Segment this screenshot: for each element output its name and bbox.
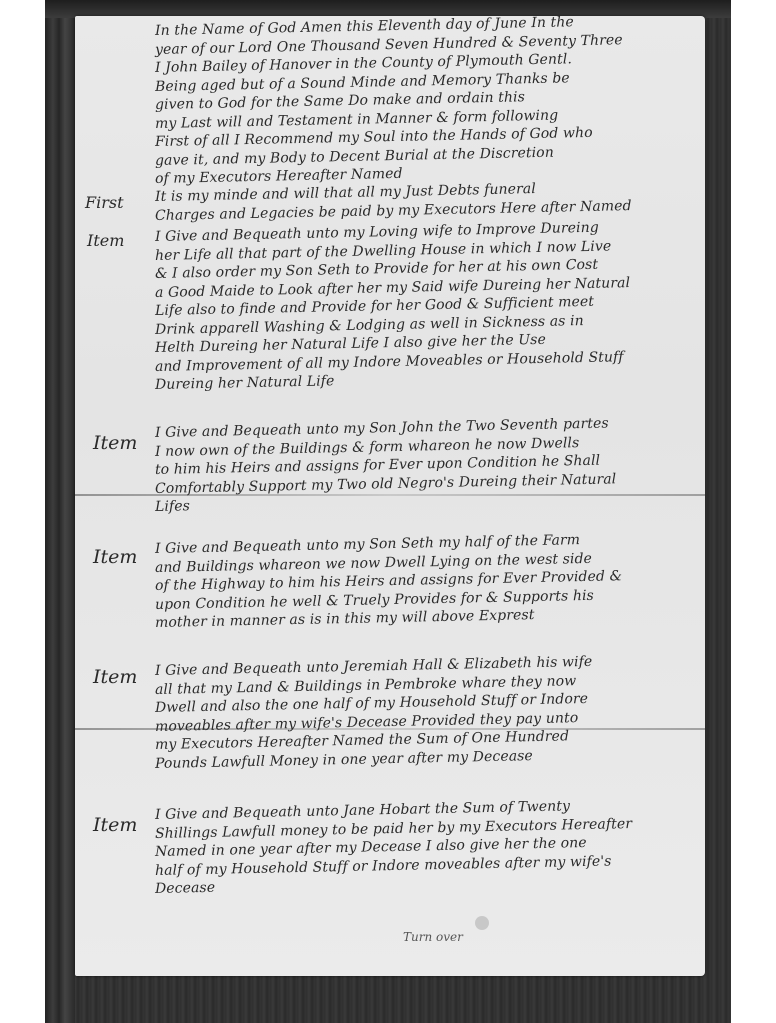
scanned-manuscript: In the Name of God Amen this Eleventh da… (45, 0, 731, 1023)
item-label: Item (93, 668, 137, 687)
item-label: Item (93, 434, 137, 453)
handwritten-text: In the Name of God Amen this Eleventh da… (75, 16, 705, 976)
item-label: Item (87, 232, 124, 251)
binding-edge (45, 18, 75, 1023)
preamble-paragraph: In the Name of God Amen this Eleventh da… (155, 22, 675, 189)
item-label: Item (93, 548, 137, 567)
first-label: First (85, 194, 124, 213)
bequest-seth-paragraph: I Give and Bequeath unto my Son Seth my … (155, 540, 675, 633)
bequest-john-paragraph: I Give and Bequeath unto my Son John the… (155, 424, 675, 517)
bequest-hobart-paragraph: I Give and Bequeath unto Jane Hobart the… (155, 806, 675, 899)
turn-over-note: Turn over (403, 928, 463, 947)
bequest-wife-paragraph: I Give and Bequeath unto my Loving wife … (155, 228, 675, 395)
bequest-hall-paragraph: I Give and Bequeath unto Jeremiah Hall &… (155, 662, 675, 773)
item-label: Item (93, 816, 137, 835)
manuscript-page: In the Name of God Amen this Eleventh da… (75, 16, 705, 976)
paper-stain (475, 916, 489, 930)
